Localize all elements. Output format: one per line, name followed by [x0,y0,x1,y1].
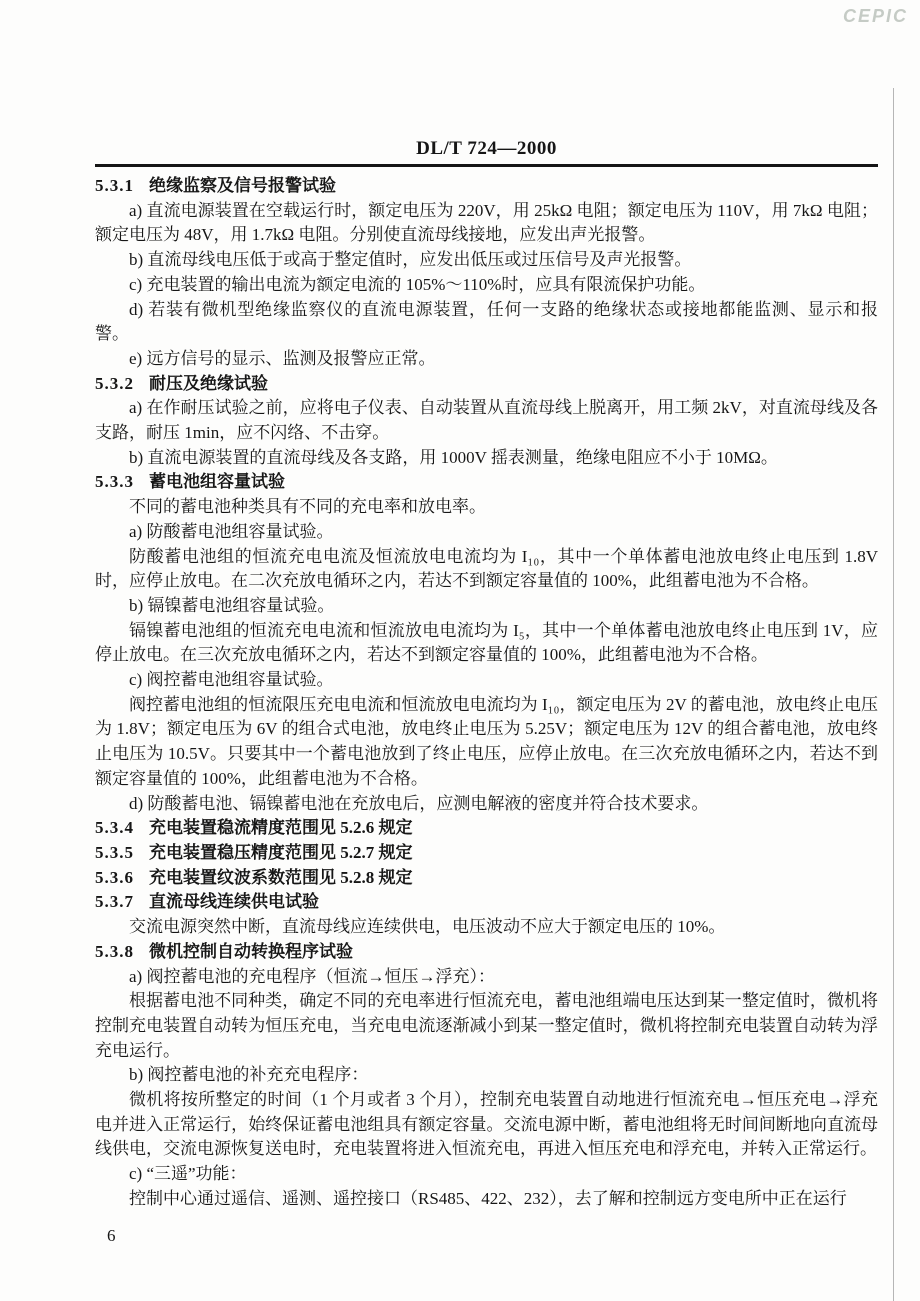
section-title: 蓄电池组容量试验 [149,472,285,491]
paragraph: 控制中心通过遥信、遥测、遥控接口（RS485、422、232），去了解和控制远方… [95,1187,878,1212]
paragraph: 防酸蓄电池组的恒流充电电流及恒流放电电流均为 I₁₀，其中一个单体蓄电池放电终止… [95,545,878,594]
section-number: 5.3.8 [95,940,134,965]
paragraph: b) 镉镍蓄电池组容量试验。 [95,594,878,619]
paragraph: a) 直流电源装置在空载运行时，额定电压为 220V，用 25kΩ 电阻；额定电… [95,199,878,248]
section-title: 绝缘监察及信号报警试验 [149,176,336,195]
standard-number-header: DL/T 724—2000 [95,138,878,160]
paragraph: b) 直流母线电压低于或高于整定值时，应发出低压或过压信号及声光报警。 [95,248,878,273]
section-heading: 5.3.5充电装置稳压精度范围见 5.2.7 规定 [95,841,878,866]
section-number: 5.3.7 [95,890,134,915]
section-title: 充电装置稳压精度范围见 5.2.7 规定 [149,843,413,862]
paragraph: b) 直流电源装置的直流母线及各支路，用 1000V 摇表测量，绝缘电阻应不小于… [95,446,878,471]
section-number: 5.3.5 [95,841,134,866]
section-heading: 5.3.7直流母线连续供电试验 [95,890,878,915]
paragraph: 阀控蓄电池组的恒流限压充电电流和恒流放电电流均为 I₁₀，额定电压为 2V 的蓄… [95,693,878,792]
section-heading: 5.3.4充电装置稳流精度范围见 5.2.6 规定 [95,816,878,841]
paragraph: e) 远方信号的显示、监测及报警应正常。 [95,347,878,372]
paragraph: c) 阀控蓄电池组容量试验。 [95,668,878,693]
paragraph: d) 若装有微机型绝缘监察仪的直流电源装置，任何一支路的绝缘状态或接地都能监测、… [95,298,878,347]
section-number: 5.3.1 [95,174,134,199]
paragraph: c) 充电装置的输出电流为额定电流的 105%～110%时，应具有限流保护功能。 [95,273,878,298]
paragraph: d) 防酸蓄电池、镉镍蓄电池在充放电后，应测电解液的密度并符合技术要求。 [95,792,878,817]
content: 5.3.1绝缘监察及信号报警试验a) 直流电源装置在空载运行时，额定电压为 22… [95,174,878,1212]
paragraph: 交流电源突然中断，直流母线应连续供电，电压波动不应大于额定电压的 10%。 [95,915,878,940]
section-heading: 5.3.2耐压及绝缘试验 [95,372,878,397]
paragraph: 根据蓄电池不同种类，确定不同的充电率进行恒流充电，蓄电池组端电压达到某一整定值时… [95,989,878,1063]
paragraph: a) 在作耐压试验之前，应将电子仪表、自动装置从直流母线上脱离开，用工频 2kV… [95,396,878,445]
section-heading: 5.3.8微机控制自动转换程序试验 [95,940,878,965]
section-title: 充电装置稳流精度范围见 5.2.6 规定 [149,818,413,837]
section-heading: 5.3.6充电装置纹波系数范围见 5.2.8 规定 [95,866,878,891]
cepic-logo: CEPIC [843,6,908,27]
paragraph: c) “三遥”功能： [95,1162,878,1187]
section-number: 5.3.2 [95,372,134,397]
section-heading: 5.3.3蓄电池组容量试验 [95,470,878,495]
paragraph: b) 阀控蓄电池的补充充电程序： [95,1063,878,1088]
section-title: 直流母线连续供电试验 [149,892,319,911]
header-rule [95,164,878,167]
paragraph: 镉镍蓄电池组的恒流充电电流和恒流放电电流均为 I₅，其中一个单体蓄电池放电终止电… [95,619,878,668]
section-number: 5.3.4 [95,816,134,841]
section-title: 充电装置纹波系数范围见 5.2.8 规定 [149,868,413,887]
page-number: 6 [107,1226,116,1246]
section-number: 5.3.3 [95,470,134,495]
paragraph: 不同的蓄电池种类具有不同的充电率和放电率。 [95,495,878,520]
paragraph: a) 阀控蓄电池的充电程序（恒流→恒压→浮充）： [95,965,878,990]
section-number: 5.3.6 [95,866,134,891]
page-edge-line [893,88,894,1301]
document-page: CEPIC DL/T 724—2000 5.3.1绝缘监察及信号报警试验a) 直… [0,0,920,1301]
paragraph: 微机将按所整定的时间（1 个月或者 3 个月），控制充电装置自动地进行恒流充电→… [95,1088,878,1162]
section-title: 耐压及绝缘试验 [149,374,268,393]
section-heading: 5.3.1绝缘监察及信号报警试验 [95,174,878,199]
section-title: 微机控制自动转换程序试验 [149,942,353,961]
paragraph: a) 防酸蓄电池组容量试验。 [95,520,878,545]
